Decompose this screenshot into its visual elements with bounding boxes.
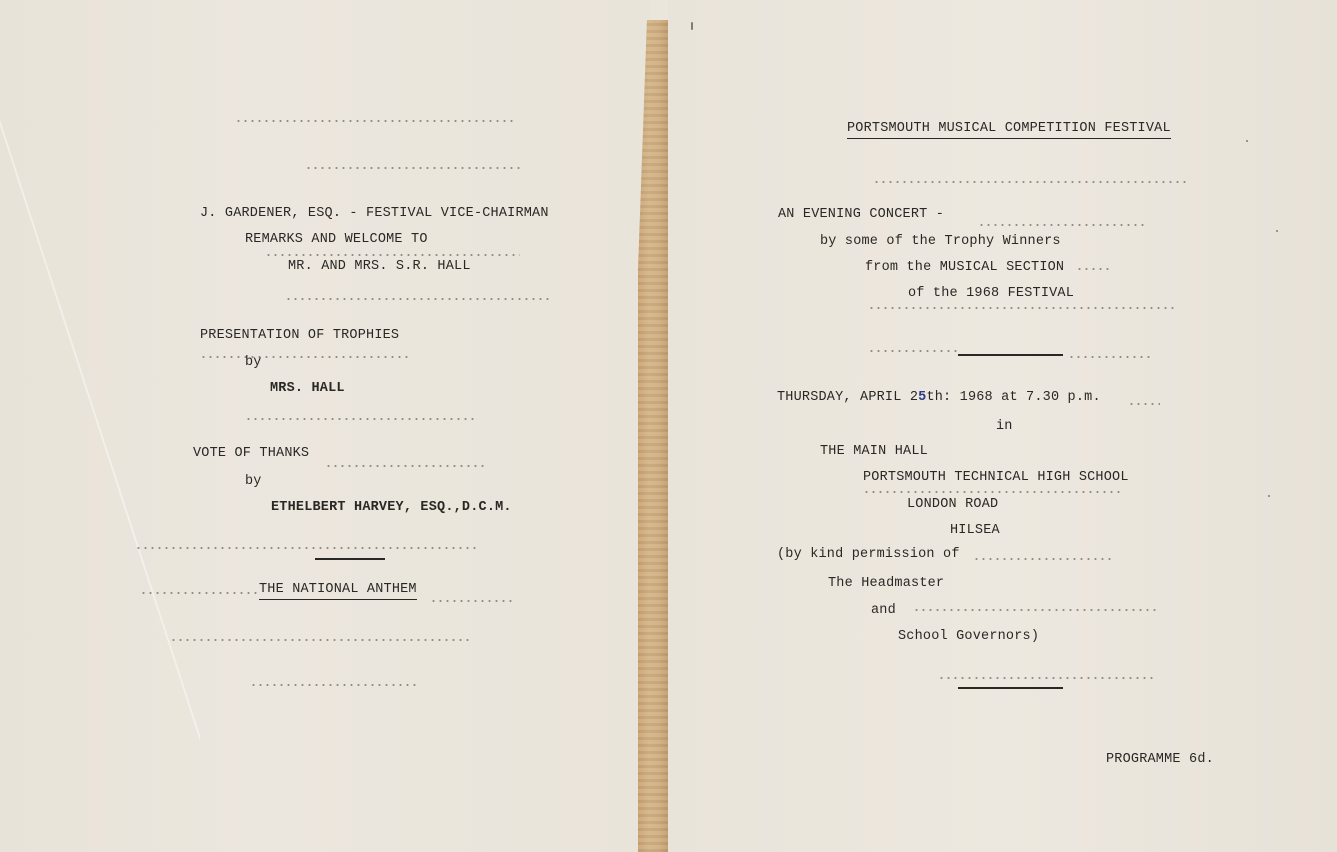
paper-fold-crease	[0, 0, 200, 852]
venue-hall: THE MAIN HALL	[820, 444, 928, 460]
remarks-line: REMARKS AND WELCOME TO	[245, 232, 428, 248]
dotted-line	[265, 254, 520, 256]
dotted-line	[863, 491, 1123, 493]
dotted-line	[1068, 356, 1153, 358]
in-word: in	[996, 419, 1013, 435]
presentation-heading: PRESENTATION OF TROPHIES	[200, 328, 399, 344]
trophy-winners-line: by some of the Trophy Winners	[820, 234, 1061, 250]
programme-price: PROGRAMME 6d.	[1106, 752, 1214, 768]
dotted-line	[978, 224, 1148, 226]
vote-speaker-name: ETHELBERT HARVEY, ESQ.,D.C.M.	[271, 500, 512, 516]
paper-speck	[1246, 140, 1248, 142]
musical-section-line: from the MUSICAL SECTION	[865, 260, 1064, 276]
dotted-line	[868, 307, 1178, 309]
dotted-line	[430, 600, 515, 602]
dotted-line	[200, 356, 410, 358]
binding-tape	[638, 20, 670, 852]
paper-speck	[1268, 495, 1270, 497]
dotted-line	[170, 639, 470, 641]
dotted-line	[325, 465, 485, 467]
vote-of-thanks-heading: VOTE OF THANKS	[193, 446, 309, 462]
concert-line: AN EVENING CONCERT -	[778, 207, 944, 223]
paper-mark	[691, 22, 693, 30]
date-prefix: THURSDAY, APRIL 2	[777, 390, 918, 405]
festival-title: PORTSMOUTH MUSICAL COMPETITION FESTIVAL	[847, 121, 1171, 139]
section-rule	[315, 558, 385, 560]
dotted-line	[140, 592, 258, 594]
permission-headmaster: The Headmaster	[828, 576, 944, 592]
left-page: J. GARDENER, ESQ. - FESTIVAL VICE-CHAIRM…	[0, 0, 650, 852]
presenter-name: MRS. HALL	[270, 381, 345, 397]
section-rule	[958, 687, 1063, 689]
right-page: PORTSMOUTH MUSICAL COMPETITION FESTIVAL …	[668, 0, 1337, 852]
venue-area: HILSEA	[950, 523, 1000, 539]
vice-chairman-line: J. GARDENER, ESQ. - FESTIVAL VICE-CHAIRM…	[200, 206, 549, 222]
national-anthem: THE NATIONAL ANTHEM	[259, 582, 417, 600]
dotted-line	[135, 547, 480, 549]
dotted-line	[938, 677, 1153, 679]
section-rule	[958, 354, 1063, 356]
date-suffix: th: 1968 at 7.30 p.m.	[926, 390, 1100, 405]
dotted-line	[913, 609, 1158, 611]
permission-line: (by kind permission of	[777, 547, 960, 563]
dotted-line	[873, 181, 1188, 183]
venue-school: PORTSMOUTH TECHNICAL HIGH SCHOOL	[863, 470, 1129, 486]
presentation-by: by	[245, 355, 262, 371]
guests-line: MR. AND MRS. S.R. HALL	[288, 259, 471, 275]
dotted-line	[250, 684, 420, 686]
dotted-line	[285, 298, 550, 300]
paper-speck	[1276, 230, 1278, 232]
permission-and: and	[871, 603, 896, 619]
dotted-line	[973, 558, 1113, 560]
venue-road: LONDON ROAD	[907, 497, 998, 513]
permission-governors: School Governors)	[898, 629, 1039, 645]
dotted-line	[235, 120, 515, 122]
festival-year-line: of the 1968 FESTIVAL	[908, 286, 1074, 302]
dotted-line	[245, 418, 475, 420]
dotted-line	[868, 350, 958, 352]
dotted-line	[1128, 403, 1160, 405]
vote-by: by	[245, 474, 262, 490]
concert-date: THURSDAY, APRIL 25th: 1968 at 7.30 p.m.	[777, 390, 1101, 406]
dotted-line	[1076, 268, 1111, 270]
dotted-line	[305, 167, 520, 169]
